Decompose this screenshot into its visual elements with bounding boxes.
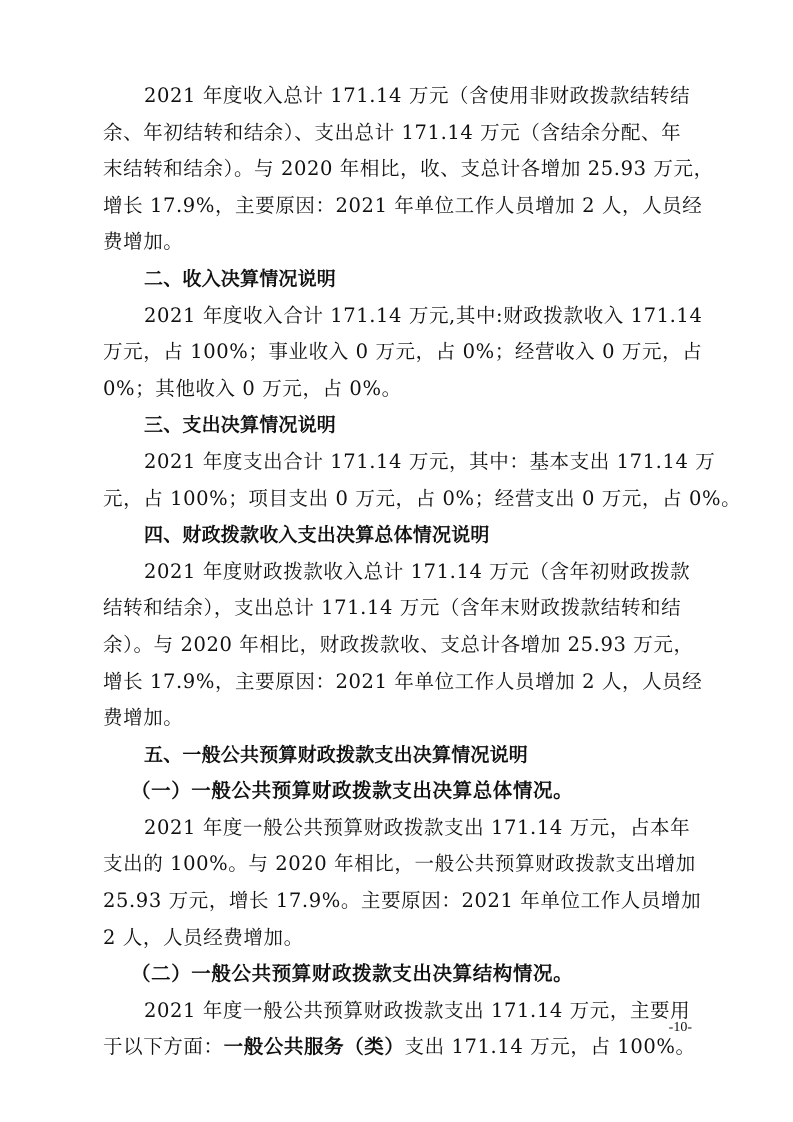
section-heading: 三、支出决算情况说明 bbox=[103, 407, 697, 444]
paragraph-line: 2 人，人员经费增加。 bbox=[103, 920, 697, 957]
paragraph-line: 2021 年度收入总计 171.14 万元（含使用非财政拨款结转结 bbox=[103, 78, 697, 115]
section-heading: 四、财政拨款收入支出决算总体情况说明 bbox=[103, 517, 697, 554]
subsection-heading: （一）一般公共预算财政拨款支出决算总体情况。 bbox=[103, 773, 697, 810]
subsection-structure: （二）一般公共预算财政拨款支出决算结构情况。 2021 年度一般公共预算财政拨款… bbox=[103, 956, 697, 1066]
section-heading: 二、收入决算情况说明 bbox=[103, 261, 697, 298]
paragraph-line: 25.93 万元，增长 17.9%。主要原因：2021 年单位工作人员增加 bbox=[103, 883, 697, 920]
text-suffix: 支出 171.14 万元，占 100%。 bbox=[405, 1035, 696, 1058]
subsection-heading: （二）一般公共预算财政拨款支出决算结构情况。 bbox=[103, 956, 697, 993]
paragraph-line: 费增加。 bbox=[103, 224, 697, 261]
paragraph-line: 结转和结余），支出总计 171.14 万元（含年末财政拨款结转和结 bbox=[103, 590, 697, 627]
paragraph-line: 2021 年度收入合计 171.14 万元,其中:财政拨款收入 171.14 bbox=[103, 298, 697, 335]
section-general-public-budget: 五、一般公共预算财政拨款支出决算情况说明 （一）一般公共预算财政拨款支出决算总体… bbox=[103, 737, 697, 1066]
paragraph-line: 费增加。 bbox=[103, 700, 697, 737]
overview-paragraph: 2021 年度收入总计 171.14 万元（含使用非财政拨款结转结 余、年初结转… bbox=[103, 78, 697, 261]
paragraph-line: 0%；其他收入 0 万元，占 0%。 bbox=[103, 371, 697, 408]
paragraph-line: 元，占 100%；项目支出 0 万元，占 0%；经营支出 0 万元，占 0%。 bbox=[103, 481, 697, 518]
paragraph-line: 2021 年度一般公共预算财政拨款支出 171.14 万元，主要用 bbox=[103, 993, 697, 1030]
paragraph-line: 末结转和结余）。与 2020 年相比，收、支总计各增加 25.93 万元， bbox=[103, 151, 697, 188]
text-prefix: 于以下方面： bbox=[103, 1035, 224, 1058]
section-income: 二、收入决算情况说明 2021 年度收入合计 171.14 万元,其中:财政拨款… bbox=[103, 261, 697, 407]
section-expenditure: 三、支出决算情况说明 2021 年度支出合计 171.14 万元，其中：基本支出… bbox=[103, 407, 697, 517]
paragraph-line: 余）。与 2020 年相比，财政拨款收、支总计各增加 25.93 万元， bbox=[103, 627, 697, 664]
document-page: 2021 年度收入总计 171.14 万元（含使用非财政拨款结转结 余、年初结转… bbox=[103, 78, 697, 1066]
section-heading: 五、一般公共预算财政拨款支出决算情况说明 bbox=[103, 737, 697, 774]
page-number: -10- bbox=[669, 1020, 692, 1036]
paragraph-line: 2021 年度支出合计 171.14 万元，其中：基本支出 171.14 万 bbox=[103, 444, 697, 481]
paragraph-line: 于以下方面：一般公共服务（类）支出 171.14 万元，占 100%。 bbox=[103, 1029, 697, 1066]
bold-category: 一般公共服务（类） bbox=[224, 1035, 405, 1058]
paragraph-line: 2021 年度财政拨款收入总计 171.14 万元（含年初财政拨款 bbox=[103, 554, 697, 591]
paragraph-line: 万元，占 100%；事业收入 0 万元，占 0%；经营收入 0 万元，占 bbox=[103, 334, 697, 371]
subsection-overall: （一）一般公共预算财政拨款支出决算总体情况。 2021 年度一般公共预算财政拨款… bbox=[103, 773, 697, 956]
paragraph-line: 增长 17.9%，主要原因：2021 年单位工作人员增加 2 人，人员经 bbox=[103, 188, 697, 225]
section-fiscal-appropriation: 四、财政拨款收入支出决算总体情况说明 2021 年度财政拨款收入总计 171.1… bbox=[103, 517, 697, 737]
paragraph-line: 支出的 100%。与 2020 年相比，一般公共预算财政拨款支出增加 bbox=[103, 846, 697, 883]
paragraph-line: 增长 17.9%，主要原因：2021 年单位工作人员增加 2 人，人员经 bbox=[103, 664, 697, 701]
paragraph-line: 2021 年度一般公共预算财政拨款支出 171.14 万元，占本年 bbox=[103, 810, 697, 847]
paragraph-line: 余、年初结转和结余）、支出总计 171.14 万元（含结余分配、年 bbox=[103, 115, 697, 152]
